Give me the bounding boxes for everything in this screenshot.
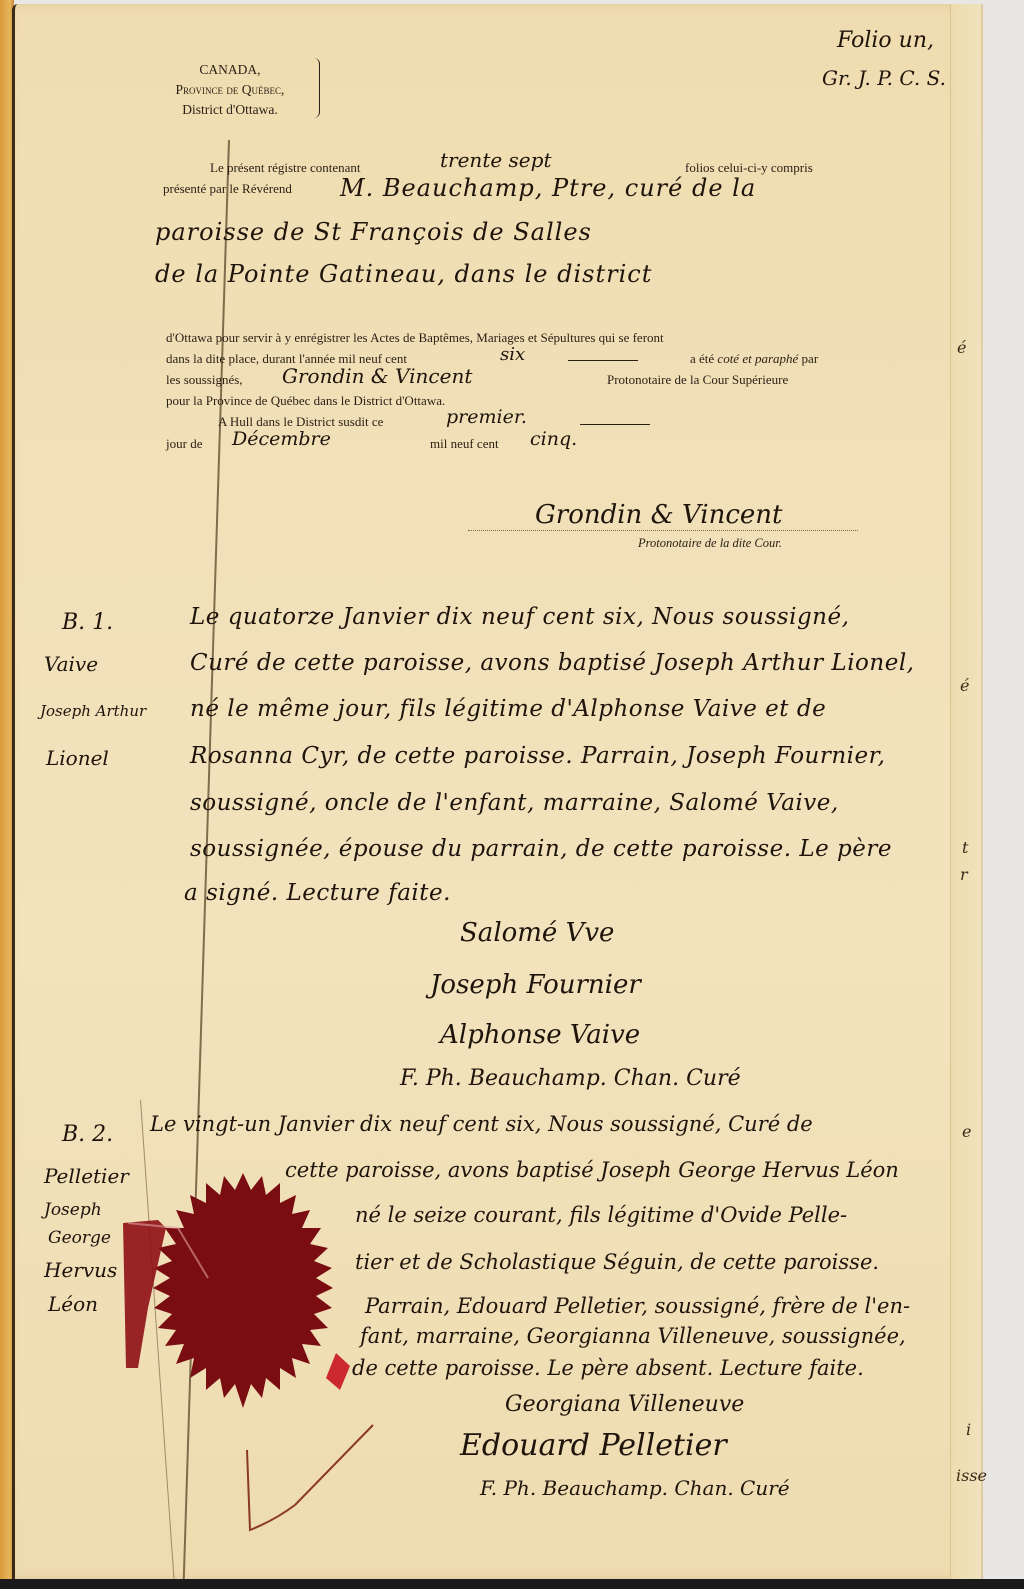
cert-blank-rule-2 xyxy=(580,424,650,425)
entry-number: B. 2. xyxy=(62,1122,113,1147)
red-seal-icon xyxy=(118,1168,368,1418)
cert-parish: paroisse de St François de Salles xyxy=(155,218,592,246)
margin-given-name: Hervus xyxy=(44,1258,117,1282)
cert-text-a-ete: a été xyxy=(690,351,714,366)
margin-given-names: Joseph Arthur xyxy=(40,702,146,720)
edge-fragment: i xyxy=(966,1420,971,1439)
cert-line1-prefix: Le présent régistre contenant xyxy=(210,160,361,176)
entry-line: soussigné, oncle de l'enfant, marraine, … xyxy=(190,790,839,816)
cert-text-cote: coté et paraphé xyxy=(717,351,798,366)
entry-line: cette paroisse, avons baptisé Joseph Geo… xyxy=(285,1158,899,1182)
cert-line2-prefix: présenté par le Révérend xyxy=(163,181,292,197)
entry-line: né le même jour, fils légitime d'Alphons… xyxy=(190,696,826,722)
edge-fragment: t xyxy=(962,838,968,857)
edge-fragment: é xyxy=(957,338,966,357)
folio-initials: Gr. J. P. C. S. xyxy=(822,66,946,90)
margin-surname: Vaive xyxy=(44,652,98,676)
margin-given-name-2: Lionel xyxy=(46,746,109,770)
entry-number: B. 1. xyxy=(62,610,113,635)
header-country: CANADA, xyxy=(150,60,310,80)
entry-line: Le vingt-un Janvier dix neuf cent six, N… xyxy=(150,1112,813,1136)
scan-bottom-border xyxy=(0,1579,1024,1589)
edge-fragment: isse xyxy=(956,1466,987,1485)
entry-line: Rosanna Cyr, de cette paroisse. Parrain,… xyxy=(190,743,885,769)
edge-fragment: e xyxy=(962,1122,971,1141)
entry-line: Parrain, Edouard Pelletier, soussigné, f… xyxy=(365,1294,910,1318)
cert-text-par: par xyxy=(802,351,819,366)
cert-priest: M. Beauchamp, Ptre, curé de la xyxy=(340,174,756,202)
cert-signatories: Grondin & Vincent xyxy=(282,364,472,388)
checkmark-icon xyxy=(245,1420,385,1540)
cert-line10-mid: mil neuf cent xyxy=(430,436,499,452)
cert-location: de la Pointe Gatineau, dans le district xyxy=(155,260,652,288)
protonotary-title: Protonotaire de la dite Cour. xyxy=(638,536,782,551)
cert-day-hand: premier. xyxy=(446,406,527,428)
margin-given-name: Joseph xyxy=(44,1200,102,1220)
signature-godfather: Edouard Pelletier xyxy=(460,1428,727,1463)
cert-month-hand: Décembre xyxy=(232,428,331,450)
cert-line8: pour la Province de Québec dans le Distr… xyxy=(166,393,445,409)
jurisdiction-header: CANADA, Province de Québec, District d'O… xyxy=(150,60,310,120)
signature-father: Alphonse Vaive xyxy=(440,1020,640,1050)
protonotary-signature: Grondin & Vincent xyxy=(535,500,783,530)
entry-line: né le seize courant, fils légitime d'Ovi… xyxy=(355,1203,847,1227)
cert-line7-suffix: Protonotaire de la Cour Supérieure xyxy=(607,372,788,388)
cert-line7-prefix: les soussignés, xyxy=(166,372,243,388)
cert-line6-suffix: a été coté et paraphé par xyxy=(690,351,818,367)
entry-line: de cette paroisse. Le père absent. Lectu… xyxy=(352,1356,864,1380)
signature-priest: F. Ph. Beauchamp. Chan. Curé xyxy=(400,1066,741,1091)
signature-priest: F. Ph. Beauchamp. Chan. Curé xyxy=(480,1476,790,1500)
edge-fragment: é xyxy=(960,676,969,695)
signature-godfather: Joseph Fournier xyxy=(430,970,641,1000)
entry-line: Curé de cette paroisse, avons baptisé Jo… xyxy=(190,650,915,676)
signature-godmother: Georgiana Villeneuve xyxy=(505,1392,744,1417)
cert-folio-count: trente sept xyxy=(440,148,551,172)
margin-given-name: George xyxy=(48,1228,111,1248)
signature-line xyxy=(468,530,858,531)
folio-note: Folio un, xyxy=(837,28,934,53)
page-stub-edge xyxy=(950,4,981,1579)
header-district: District d'Ottawa. xyxy=(150,100,310,120)
header-province: Province de Québec, xyxy=(150,80,310,100)
entry-line: fant, marraine, Georgianna Villeneuve, s… xyxy=(360,1324,906,1348)
cert-year-hand: six xyxy=(500,344,525,365)
entry-line: Le quatorze Janvier dix neuf cent six, N… xyxy=(190,604,849,630)
entry-line: soussignée, épouse du parrain, de cette … xyxy=(190,836,892,862)
cert-line10-prefix: jour de xyxy=(166,436,202,452)
edge-fragment: r xyxy=(960,865,968,884)
margin-given-name: Léon xyxy=(48,1292,98,1316)
cert-blank-rule xyxy=(568,360,638,361)
cert-line5: d'Ottawa pour servir à y enrégistrer les… xyxy=(166,330,664,346)
margin-surname: Pelletier xyxy=(44,1164,129,1188)
cert-year-written: cinq. xyxy=(530,428,577,450)
entry-line: tier et de Scholastique Séguin, de cette… xyxy=(355,1250,879,1274)
header-brace xyxy=(313,58,320,118)
entry-line: a signé. Lecture faite. xyxy=(184,880,451,906)
signature-godmother: Salomé Vve xyxy=(460,918,614,948)
